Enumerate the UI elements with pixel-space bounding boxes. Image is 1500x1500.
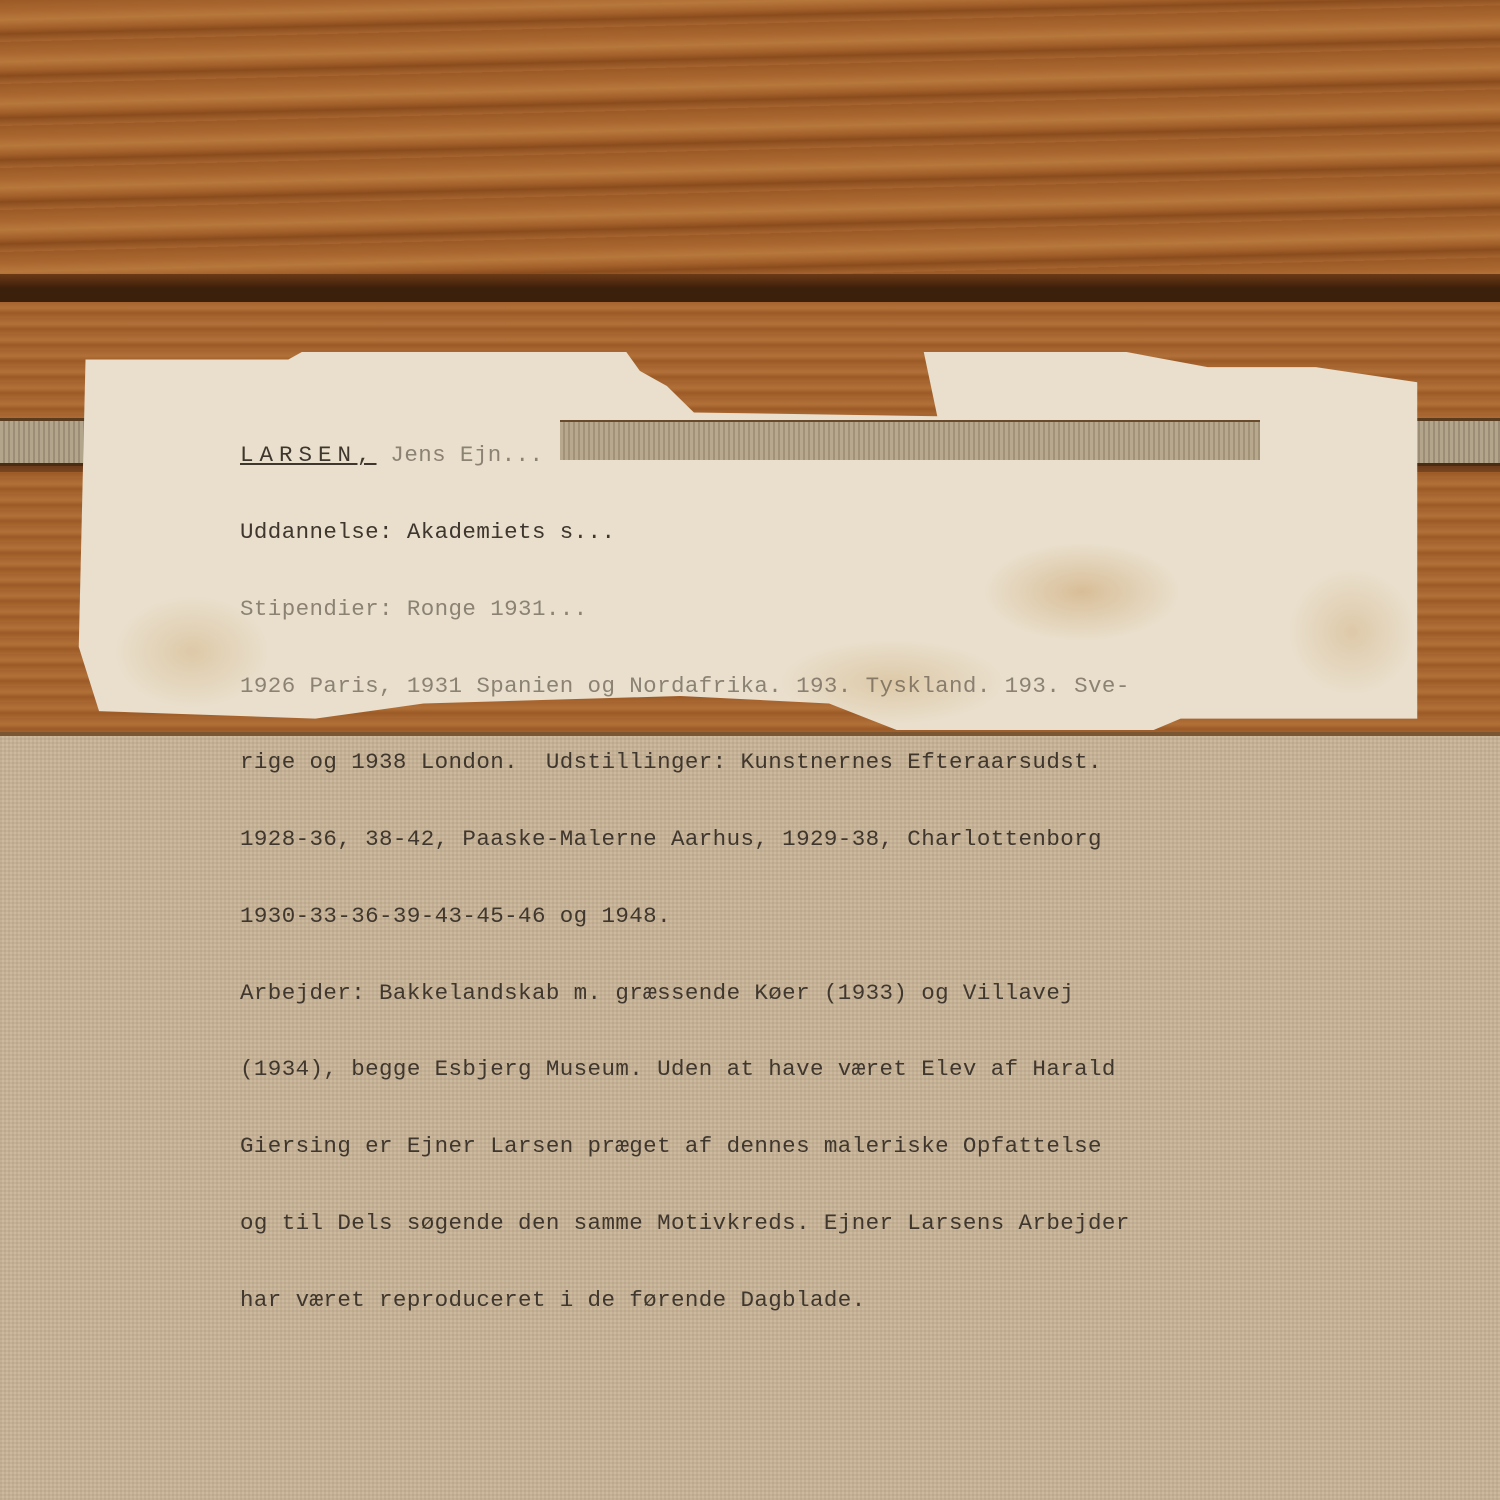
stretcher-bar-top (0, 0, 1500, 288)
label-text: LARSEN, Jens Ejn... Uddannelse: Akademie… (240, 392, 1260, 1339)
label-line-education: Uddannelse: Akademiets s... (240, 520, 1260, 546)
label-line-exhibitions: rige og 1938 London. Udstillinger: Kunst… (240, 750, 1260, 776)
label-line-giersing: Giersing er Ejner Larsen præget af denne… (240, 1134, 1260, 1160)
label-line-scholarships: Stipendier: Ronge 1931... (240, 597, 1260, 623)
label-line-travels: 1926 Paris, 1931 Spanien og Nordafrika. … (240, 674, 1260, 700)
label-line-name: LARSEN, Jens Ejn... (240, 443, 1260, 469)
label-line-exhibition-years: 1928-36, 38-42, Paaske-Malerne Aarhus, 1… (240, 827, 1260, 853)
label-line-museum: (1934), begge Esbjerg Museum. Uden at ha… (240, 1057, 1260, 1083)
artist-given-names: Jens Ejn... (377, 442, 544, 468)
label-line-works: Arbejder: Bakkelandskab m. græssende Køe… (240, 981, 1260, 1007)
artist-surname: LARSEN, (240, 442, 377, 468)
stretcher-gap (0, 288, 1500, 302)
label-line-motif: og til Dels søgende den samme Motivkreds… (240, 1211, 1260, 1237)
label-line-reproduced: har været reproduceret i de førende Dagb… (240, 1288, 1260, 1314)
label-line-charlottenborg-years: 1930-33-36-39-43-45-46 og 1948. (240, 904, 1260, 930)
